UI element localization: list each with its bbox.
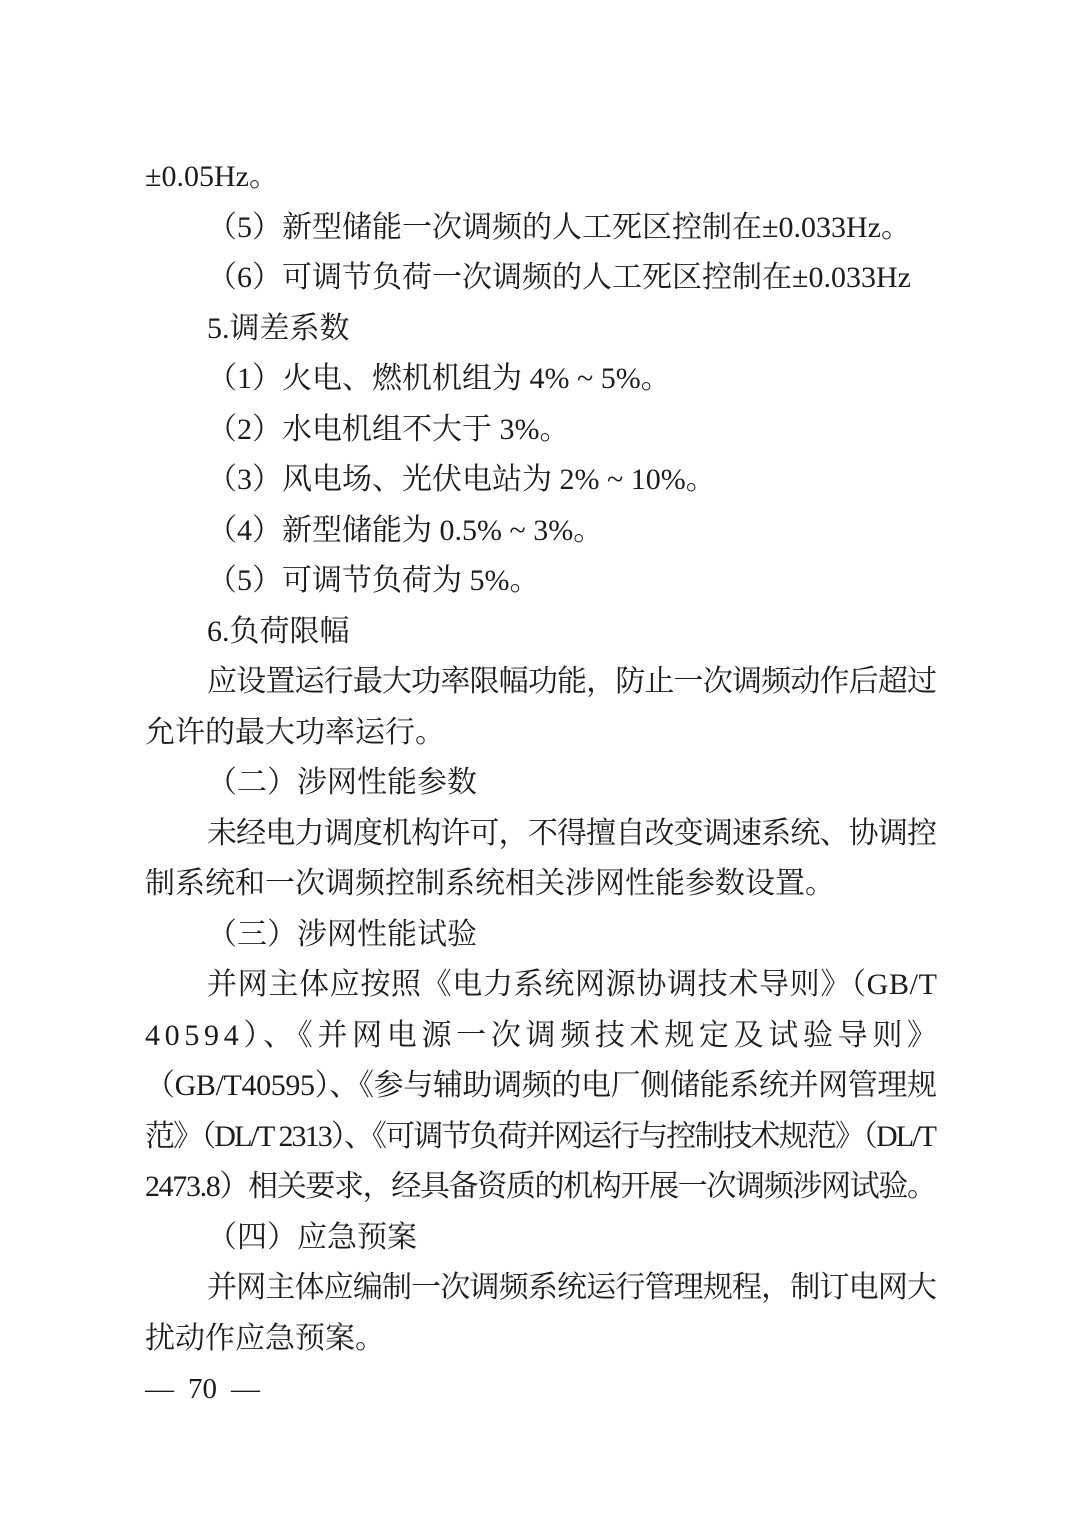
text-line: 并网主体应按照《电力系统网源协调技术导则》（GB/T <box>145 960 937 1011</box>
text-line: （5）新型储能一次调频的人工死区控制在±0.033Hz。 <box>145 203 937 254</box>
text-line: （4）新型储能为 0.5% ~ 3%。 <box>145 506 937 557</box>
footer-left-dash: — <box>145 1372 174 1406</box>
text-line: 并网主体应编制一次调频系统运行管理规程，制订电网大 <box>145 1263 937 1314</box>
text-line: 2473.8）相关要求，经具备资质的机构开展一次调频涉网试验。 <box>145 1162 937 1213</box>
page-footer: —70— <box>145 1372 260 1406</box>
text-line: （三）涉网性能试验 <box>145 910 937 961</box>
text-line: （3）风电场、光伏电站为 2% ~ 10%。 <box>145 455 937 506</box>
text-line: （1）火电、燃机机组为 4% ~ 5%。 <box>145 354 937 405</box>
text-line: （6）可调节负荷一次调频的人工死区控制在±0.033Hz <box>145 253 937 304</box>
text-line: （5）可调节负荷为 5%。 <box>145 556 937 607</box>
text-line: （GB/T40595）、《参与辅助调频的电厂侧储能系统并网管理规 <box>145 1061 937 1112</box>
text-line: 范》（DL/T 2313）、《可调节负荷并网运行与控制技术规范》（DL/T <box>145 1112 937 1163</box>
document-page: ±0.05Hz。（5）新型储能一次调频的人工死区控制在±0.033Hz。（6）可… <box>0 0 1080 1527</box>
text-line: 应设置运行最大功率限幅功能，防止一次调频动作后超过 <box>145 657 937 708</box>
page-number: 70 <box>188 1372 217 1406</box>
text-line: ±0.05Hz。 <box>145 152 937 203</box>
document-body: ±0.05Hz。（5）新型储能一次调频的人工死区控制在±0.033Hz。（6）可… <box>145 152 937 1364</box>
text-line: 扰动作应急预案。 <box>145 1314 937 1365</box>
text-line: 允许的最大功率运行。 <box>145 708 937 759</box>
text-line: 40594）、《并网电源一次调频技术规定及试验导则》 <box>145 1011 937 1062</box>
text-line: （四）应急预案 <box>145 1213 937 1264</box>
text-line: 制系统和一次调频控制系统相关涉网性能参数设置。 <box>145 859 937 910</box>
text-line: （2）水电机组不大于 3%。 <box>145 405 937 456</box>
text-line: 6.负荷限幅 <box>145 607 937 658</box>
text-line: （二）涉网性能参数 <box>145 758 937 809</box>
text-line: 5.调差系数 <box>145 304 937 355</box>
footer-right-dash: — <box>231 1372 260 1406</box>
text-line: 未经电力调度机构许可，不得擅自改变调速系统、协调控 <box>145 809 937 860</box>
